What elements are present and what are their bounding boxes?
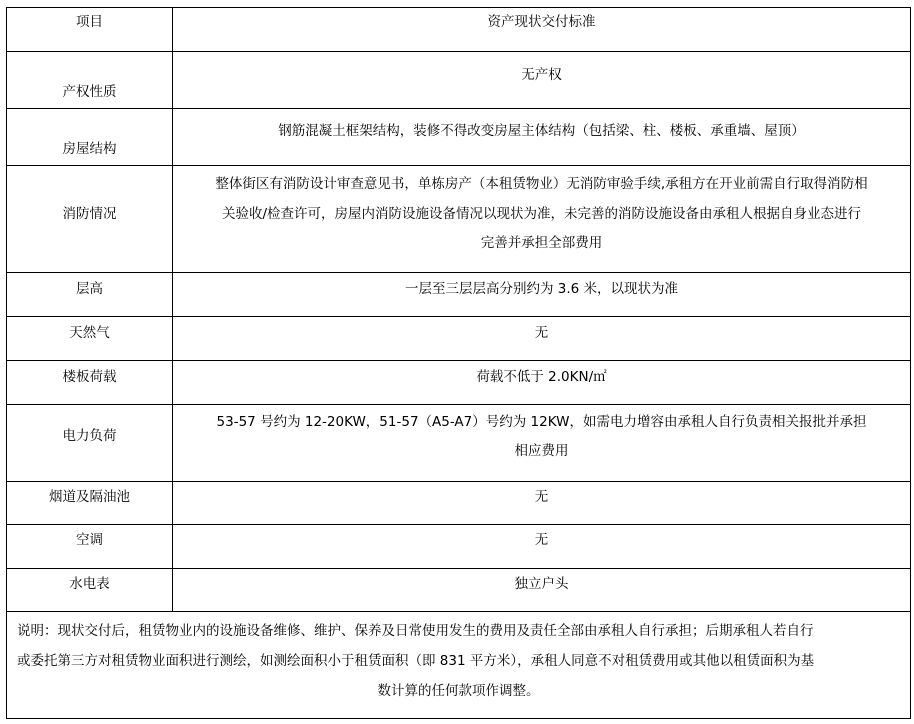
table-row: 水电表 独立户头 <box>7 569 910 612</box>
row-value-line: 荷载不低于 2.0KN/㎡ <box>179 363 904 392</box>
row-value-cell: 无 <box>173 525 910 568</box>
row-value-line: 关验收/检查许可，房屋内消防设施设备情况以现状为准，未完善的消防设施设备由承租人… <box>179 200 904 229</box>
row-value-line: 无 <box>179 526 904 555</box>
header-value-cell: 资产现状交付标准 <box>173 8 910 51</box>
row-label-cell: 产权性质 <box>7 52 173 108</box>
row-label: 楼板荷载 <box>7 363 172 392</box>
row-label: 水电表 <box>7 570 172 599</box>
footer-note-line: 或委托第三方对租赁物业面积进行测绘，如测绘面积小于租赁面积（即 831 平方米）… <box>17 646 900 676</box>
row-value-line: 钢筋混凝土框架结构，装修不得改变房屋主体结构（包括梁、柱、楼板、承重墙、屋顶） <box>179 117 904 146</box>
row-label: 层高 <box>7 275 172 304</box>
delivery-standard-table: 项目 资产现状交付标准 产权性质 无产权 房屋结构 钢筋混凝土框架结构，装修不得… <box>6 7 911 719</box>
row-value-line: 无 <box>179 319 904 348</box>
table-row: 产权性质 无产权 <box>7 52 910 109</box>
table-row: 烟道及隔油池 无 <box>7 482 910 525</box>
header-label: 项目 <box>7 8 172 37</box>
row-value-cell: 整体街区有消防设计审查意见书，单栋房产（本租赁物业）无消防审验手续,承租方在开业… <box>173 166 910 272</box>
row-value-cell: 荷载不低于 2.0KN/㎡ <box>173 361 910 404</box>
row-value-cell: 无产权 <box>173 52 910 108</box>
row-value-line: 独立户头 <box>179 570 904 599</box>
table-row: 天然气 无 <box>7 317 910 361</box>
header-label-cell: 项目 <box>7 8 173 51</box>
table-row: 层高 一层至三层层高分别约为 3.6 米，以现状为准 <box>7 273 910 317</box>
table-footer-note: 说明：现状交付后，租赁物业内的设施设备维修、维护、保养及日常使用发生的费用及责任… <box>7 612 910 718</box>
row-value-line: 相应费用 <box>179 437 904 466</box>
row-value-line: 完善并承担全部费用 <box>179 229 904 258</box>
footer-note-line: 数计算的任何款项作调整。 <box>17 676 900 706</box>
row-label-cell: 水电表 <box>7 569 173 611</box>
row-label: 电力负荷 <box>7 422 172 451</box>
row-label: 产权性质 <box>7 78 172 107</box>
row-label-cell: 房屋结构 <box>7 109 173 165</box>
row-value-line: 整体街区有消防设计审查意见书，单栋房产（本租赁物业）无消防审验手续,承租方在开业… <box>179 170 904 199</box>
row-label-cell: 天然气 <box>7 317 173 360</box>
row-label: 空调 <box>7 526 172 555</box>
table-row: 空调 无 <box>7 525 910 569</box>
row-label: 消防情况 <box>7 200 172 229</box>
row-value-cell: 一层至三层层高分别约为 3.6 米，以现状为准 <box>173 273 910 316</box>
header-value: 资产现状交付标准 <box>179 8 904 37</box>
row-value-line: 无 <box>179 483 904 512</box>
table-row: 楼板荷载 荷载不低于 2.0KN/㎡ <box>7 361 910 405</box>
row-label-cell: 电力负荷 <box>7 405 173 481</box>
row-value-cell: 无 <box>173 317 910 360</box>
row-value-cell: 钢筋混凝土框架结构，装修不得改变房屋主体结构（包括梁、柱、楼板、承重墙、屋顶） <box>173 109 910 165</box>
row-label-cell: 消防情况 <box>7 166 173 272</box>
row-label-cell: 烟道及隔油池 <box>7 482 173 524</box>
row-value-line: 无产权 <box>179 61 904 90</box>
row-label-cell: 层高 <box>7 273 173 316</box>
row-value-cell: 53-57 号约为 12-20KW，51-57（A5-A7）号约为 12KW，如… <box>173 405 910 481</box>
table-row: 电力负荷 53-57 号约为 12-20KW，51-57（A5-A7）号约为 1… <box>7 405 910 482</box>
row-value-line: 53-57 号约为 12-20KW，51-57（A5-A7）号约为 12KW，如… <box>179 408 904 437</box>
row-value-cell: 独立户头 <box>173 569 910 611</box>
table-row: 房屋结构 钢筋混凝土框架结构，装修不得改变房屋主体结构（包括梁、柱、楼板、承重墙… <box>7 109 910 166</box>
row-label: 天然气 <box>7 319 172 348</box>
table-header-row: 项目 资产现状交付标准 <box>7 8 910 52</box>
footer-note-line: 说明：现状交付后，租赁物业内的设施设备维修、维护、保养及日常使用发生的费用及责任… <box>17 616 900 646</box>
row-value-line: 一层至三层层高分别约为 3.6 米，以现状为准 <box>179 275 904 304</box>
row-label: 烟道及隔油池 <box>7 483 172 512</box>
table-row: 消防情况 整体街区有消防设计审查意见书，单栋房产（本租赁物业）无消防审验手续,承… <box>7 166 910 273</box>
row-label-cell: 空调 <box>7 525 173 568</box>
row-label: 房屋结构 <box>7 135 172 164</box>
row-value-cell: 无 <box>173 482 910 524</box>
row-label-cell: 楼板荷载 <box>7 361 173 404</box>
